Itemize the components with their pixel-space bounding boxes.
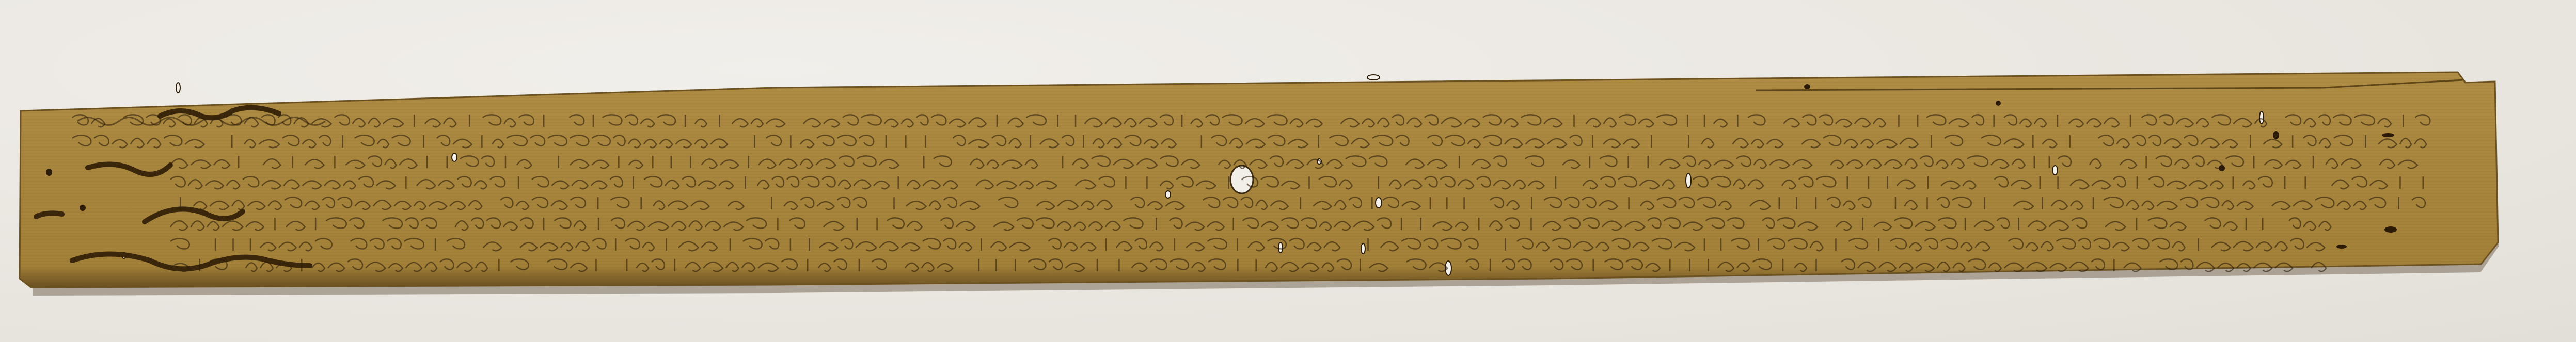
- palm-leaf-manuscript: [0, 0, 2576, 342]
